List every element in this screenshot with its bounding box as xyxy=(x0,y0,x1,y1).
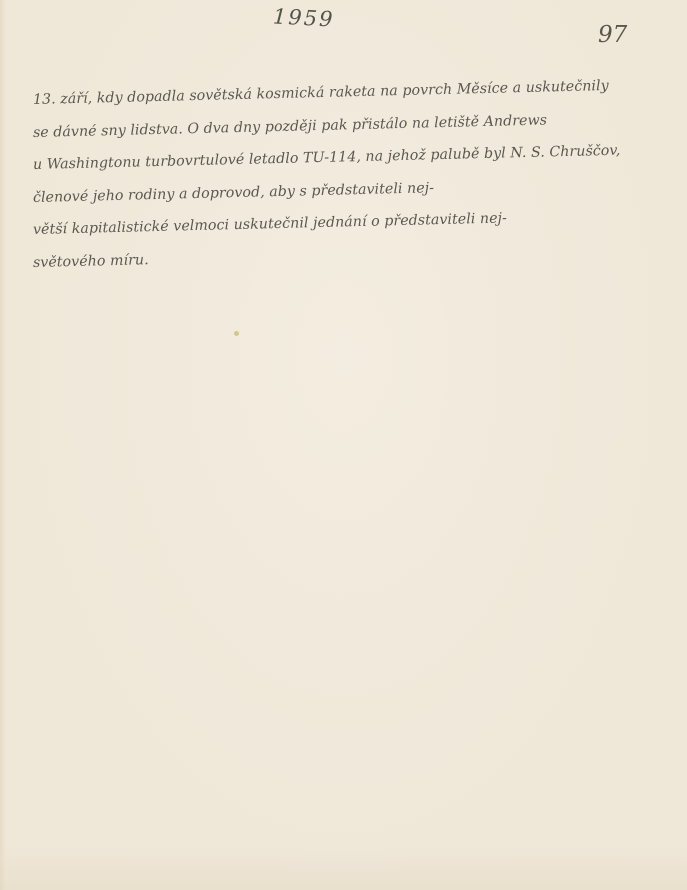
chronicle-page: 1959 97 13. září, kdy dopadla sovětská k… xyxy=(0,0,687,890)
year-heading: 1959 xyxy=(272,4,335,31)
handwritten-paragraph: 13. září, kdy dopadla sovětská kosmická … xyxy=(33,84,593,279)
page-number: 97 xyxy=(598,22,627,48)
paper-stain xyxy=(234,331,239,336)
